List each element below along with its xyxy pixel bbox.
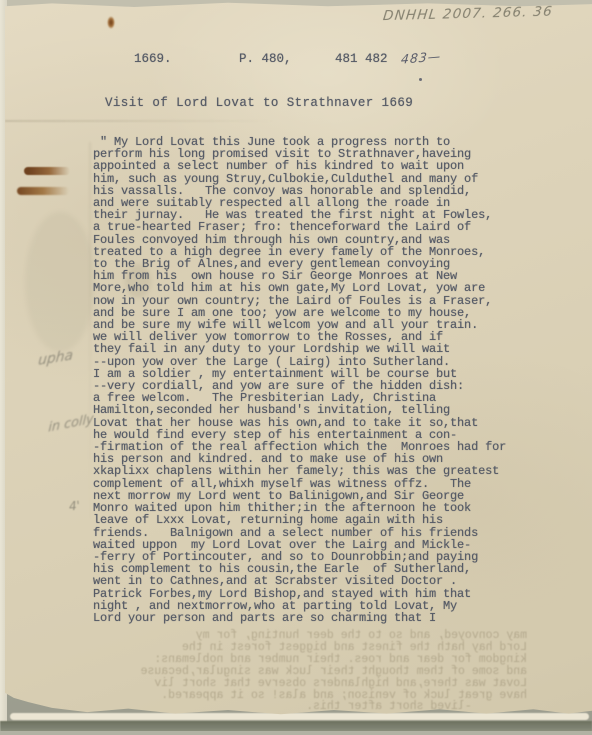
- paper-torn-edge-highlight: [10, 713, 589, 720]
- rust-stain: [17, 187, 69, 195]
- document-body-text: " My Lord Lovat this June took a progres…: [93, 136, 506, 624]
- paper-crease: [5, 120, 275, 122]
- bleed-through-mirrored-text: may convoyed, and so to the deer hunting…: [79, 630, 527, 713]
- header-page-ref: P. 480,: [239, 52, 292, 66]
- margin-pencil-mark: 4': [68, 499, 80, 514]
- scan-bottom-background: [0, 731, 592, 735]
- margin-pencil-scribble: upha: [37, 347, 73, 369]
- rust-stain: [107, 16, 115, 29]
- header-page-numbers: 481 482: [335, 52, 388, 66]
- scanned-document: DNHHL 2007. 266. 36 1669. P. 480, 481 48…: [0, 0, 592, 735]
- paper-crease: [89, 142, 91, 622]
- rust-stain: [24, 167, 70, 175]
- header-year: 1669.: [134, 52, 172, 66]
- header-page-added-handwritten: 483—: [400, 48, 442, 67]
- paper-smudge: [25, 212, 95, 352]
- margin-pencil-scribble: in colly: [48, 411, 94, 435]
- document-title: Visit of Lord Lovat to Strathnaver 1669: [105, 96, 413, 110]
- accession-number-handwritten: DNHHL 2007. 266. 36: [382, 4, 554, 25]
- pencil-dot: [419, 78, 422, 81]
- document-page: DNHHL 2007. 266. 36 1669. P. 480, 481 48…: [5, 2, 592, 715]
